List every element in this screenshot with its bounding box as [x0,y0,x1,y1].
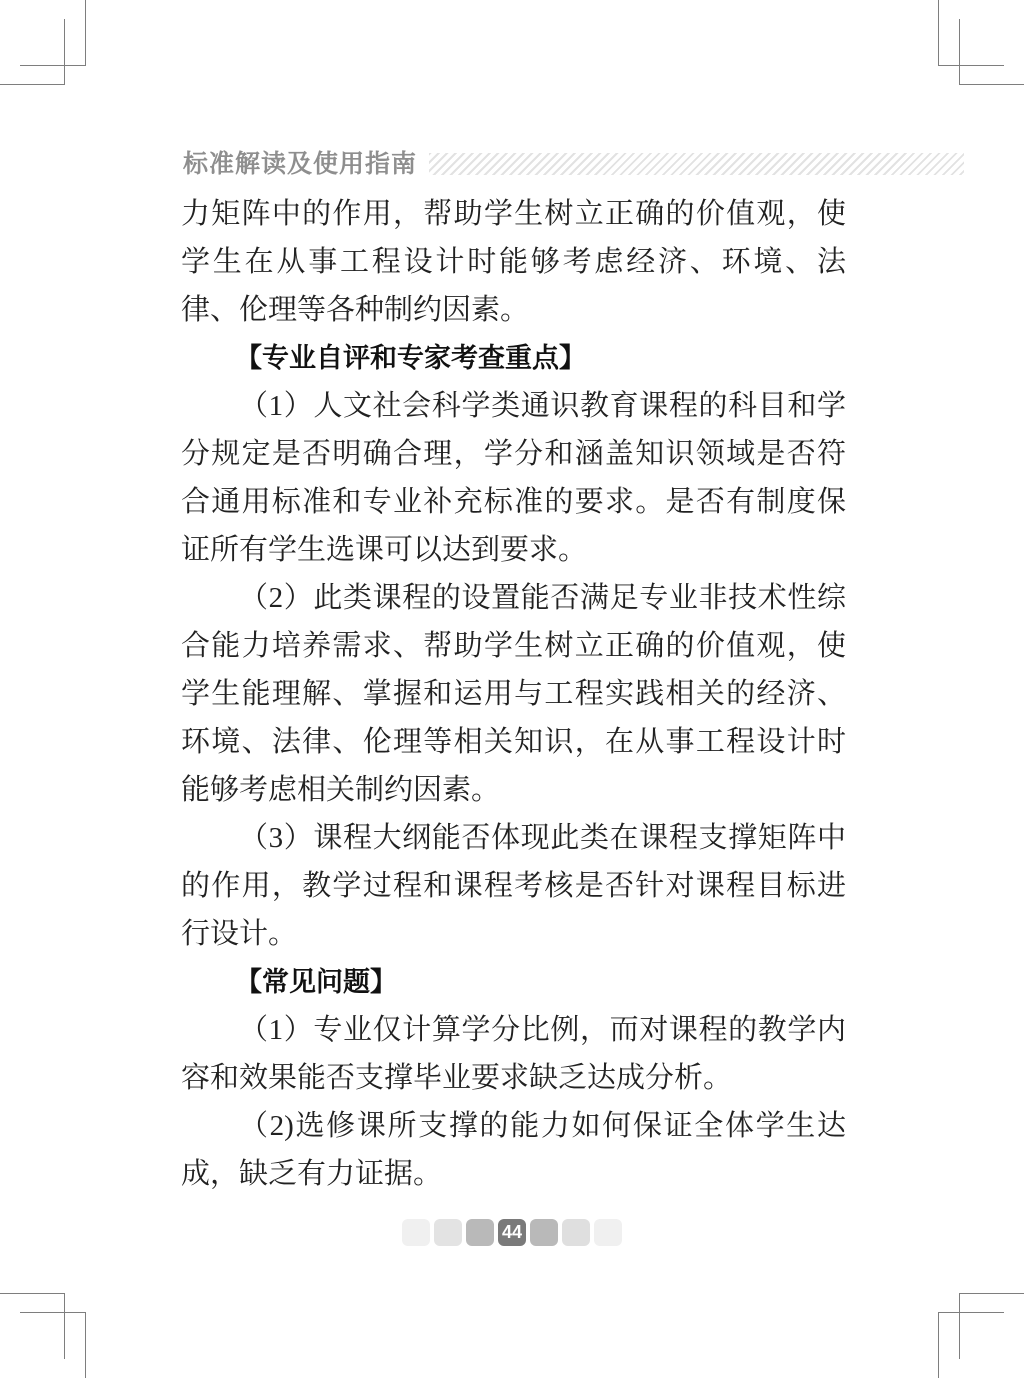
crop-mark-top-right-inner [959,19,1024,85]
pager-square-current: 44 [498,1219,526,1246]
paragraph-problem-2: （2)选修课所支撑的能力如何保证全体学生达成，缺乏有力证据。 [181,1102,846,1198]
body-text: 力矩阵中的作用，帮助学生树立正确的价值观，使学生在从事工程设计时能够考虑经济、环… [181,190,846,1198]
pager-square [402,1219,430,1246]
paragraph-item-3: （3）课程大纲能否体现此类在课程支撑矩阵中的作用，教学过程和课程考核是否针对课程… [181,814,846,958]
paragraph-item-1: （1）人文社会科学类通识教育课程的科目和学分规定是否明确合理，学分和涵盖知识领域… [181,382,846,574]
page-indicator: 44 [402,1219,622,1246]
document-page: 标准解读及使用指南 力矩阵中的作用，帮助学生树立正确的价值观，使学生在从事工程设… [0,0,1024,1378]
page-number: 44 [502,1222,522,1243]
crop-mark-bottom-left-inner [0,1293,65,1359]
pager-square [530,1219,558,1246]
pager-square [434,1219,462,1246]
paragraph-continued: 力矩阵中的作用，帮助学生树立正确的价值观，使学生在从事工程设计时能够考虑经济、环… [181,190,846,334]
pager-square [594,1219,622,1246]
section-heading-self-review: 【专业自评和专家考查重点】 [181,334,846,382]
paragraph-item-2: （2）此类课程的设置能否满足专业非技术性综合能力培养需求、帮助学生树立正确的价值… [181,574,846,814]
crop-mark-bottom-right-inner [959,1293,1024,1359]
pager-square [466,1219,494,1246]
pager-square [562,1219,590,1246]
header-hatch-band [429,153,964,175]
header-title: 标准解读及使用指南 [183,144,417,180]
page-header: 标准解读及使用指南 [183,144,964,180]
crop-mark-top-left-inner [0,19,65,85]
paragraph-problem-1: （1）专业仅计算学分比例，而对课程的教学内容和效果能否支撑毕业要求缺乏达成分析。 [181,1006,846,1102]
section-heading-common-problems: 【常见问题】 [181,958,846,1006]
